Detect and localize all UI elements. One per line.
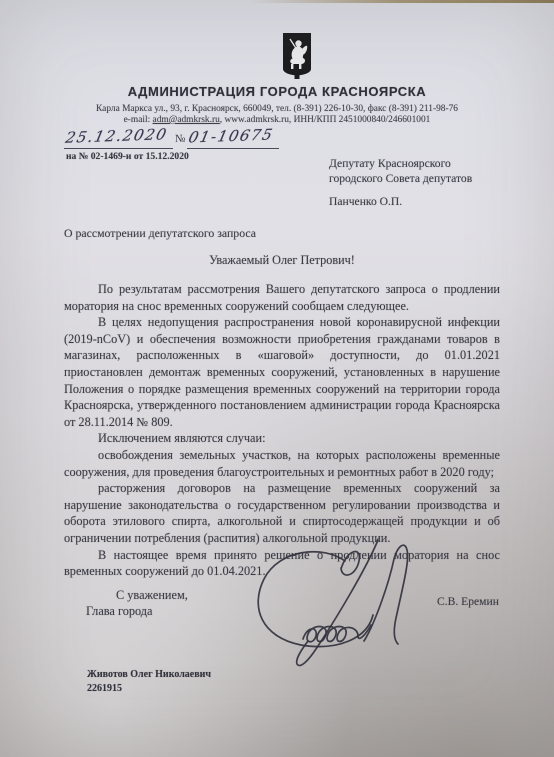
reply-reference: на № 02-1469-и от 15.12.2020 [66, 151, 189, 162]
addressee-name: Панченко О.П. [329, 195, 402, 208]
addressee-block: Депутату Красноярского городского Совета… [329, 157, 472, 186]
paragraph: В целях недопущения распространения ново… [64, 314, 500, 430]
handwritten-date: 25.12.2020 [64, 125, 170, 147]
paragraph: По результатам рассмотрения Вашего депут… [64, 281, 500, 314]
signoff-position: Глава города [86, 604, 153, 619]
photo-background-edge [0, 0, 554, 3]
letterhead-contacts: e-mail: adm@admkrsk.ru, www.admkrsk.ru, … [0, 115, 554, 125]
subject-line: О рассмотрении депутатского запроса [64, 226, 256, 241]
handwritten-outgoing-number: 01-10675 [187, 126, 275, 147]
salutation: Уважаемый Олег Петрович! [64, 253, 500, 268]
contacts-suffix: , www.admkrsk.ru, ИНН/КПП 2451000840/246… [220, 115, 431, 125]
paragraph: освобождения земельных участков, на кото… [64, 447, 500, 480]
addressee-line2: городского Совета депутатов [329, 172, 472, 187]
number-sign: № [173, 133, 188, 145]
signoff-regards: С уважением, [116, 588, 188, 603]
reference-block: 25.12.2020№01-10675 [64, 128, 279, 149]
email-link: adm@admkrsk.ru [153, 115, 220, 125]
organization-title: АДМИНИСТРАЦИЯ ГОРОДА КРАСНОЯРСКА [0, 84, 554, 99]
krasnoyarsk-coat-of-arms-icon [282, 32, 312, 80]
email-label: e-mail: [124, 115, 153, 125]
executor-phone: 2261915 [87, 682, 211, 696]
paragraph: Исключением являются случаи: [64, 430, 500, 447]
executor-name: Животов Олег Николаевич [87, 668, 211, 682]
signer-name: С.В. Еремин [437, 595, 499, 608]
executor-block: Животов Олег Николаевич 2261915 [87, 668, 211, 695]
letterhead-address: Карла Маркса ул., 93, г. Красноярск, 660… [0, 104, 554, 114]
letter-body: По результатам рассмотрения Вашего депут… [64, 281, 500, 580]
handwritten-signature [245, 537, 427, 675]
scanned-letter-photo: АДМИНИСТРАЦИЯ ГОРОДА КРАСНОЯРСКА Карла М… [0, 0, 554, 757]
addressee-line1: Депутату Красноярского [329, 157, 472, 172]
